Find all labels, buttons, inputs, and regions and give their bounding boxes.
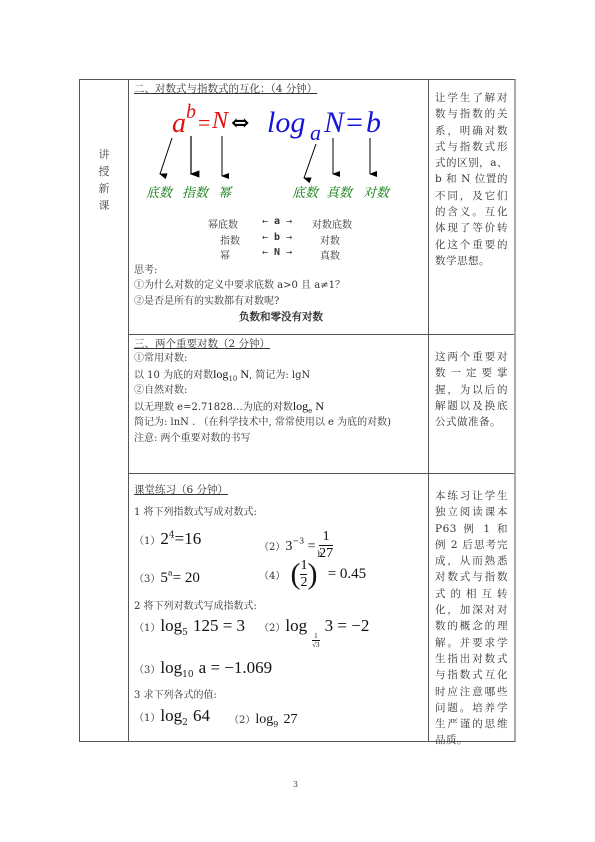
mapping-table: 幂底数 ← a → 对数底数 指数 ← b → 对数 幂 ← N → 真数 (134, 216, 428, 263)
q2-item-1: （1）log5 125 = 3 (134, 616, 245, 636)
label-logarithm: 对数 (363, 182, 389, 201)
q2-title: 2 将下列对数式写成指数式: (134, 599, 428, 615)
row-log-exp-conversion: 二、对数式与指数式的互化：（4 分钟） a b = N ⇔ log a N = … (129, 80, 514, 335)
mapping-left: 幂底数 (208, 216, 238, 231)
note-cell: 本练习让学生独立阅读课本 P63 例 1 和例 2 后思考完成，从而熟悉对数式与… (429, 474, 514, 742)
label-base: 底数 (146, 182, 172, 201)
q1-item-4: （4） ( 1 2 )b = 0.45 (259, 555, 366, 592)
think-label: 思考: (134, 263, 428, 279)
label-power: 幂 (218, 182, 231, 201)
question-1: ①为什么对数的定义中要求底数 a>0 且 a≠1？ (134, 278, 428, 294)
mapping-symbol: ← a → (262, 216, 292, 227)
stage-title: 讲 授 新 课 (92, 146, 116, 214)
row-practice: 课堂练习（6 分钟） 1 将下列指数式写成对数式: （1）24=16 （2）3−… (129, 474, 514, 742)
attention-line: 注意: 两个重要对数的书写 (134, 431, 428, 447)
page-number: 3 (293, 780, 298, 789)
q3-row: （1）log2 64 （2）log9 27 (134, 704, 428, 732)
lesson-table: 讲 授 新 课 二、对数式与指数式的互化：（4 分钟） a b = N ⇔ lo… (79, 79, 516, 742)
question-2: ②是否是所有的实数都有对数呢? (134, 294, 428, 310)
q1-row-2: （3）5a= 20 （4） ( 1 2 )b = 0.45 (134, 555, 428, 597)
mapping-symbol: ← b → (262, 232, 292, 243)
section-title: 三、两个重要对数（2 分钟） (134, 337, 428, 351)
mapping-row: 指数 ← b → 对数 (134, 232, 428, 248)
label-antilog: 真数 (326, 182, 352, 201)
q1-row-1: （1）24=16 （2）3−3 = 1 27 (134, 521, 428, 555)
common-log-line: 以 10 为底的对数log10 N, 简记为: lgN (134, 367, 428, 384)
common-log-title: ①常用对数: (134, 351, 428, 367)
stage-char: 授 (92, 163, 116, 180)
q3-item-2: （2）log9 27 (229, 708, 297, 728)
mapping-left: 指数 (220, 232, 240, 247)
q1-item-3: （3）5a= 20 (134, 567, 200, 587)
q3-title: 3 求下列各式的值: (134, 688, 428, 704)
q2-item-2: （2）log 1 √3 3 = −2 (259, 616, 369, 649)
label-exponent: 指数 (182, 182, 208, 201)
q2-row-1: （1）log5 125 = 3 （2）log 1 √3 3 = −2 (134, 614, 428, 658)
natural-log-title: ②自然对数: (134, 383, 428, 399)
answer: 负数和零没有对数 (134, 309, 428, 324)
stage-column: 讲 授 新 课 (80, 80, 129, 741)
mapping-right: 真数 (320, 247, 340, 262)
label-log-base: 底数 (292, 182, 318, 201)
mapping-symbol: ← N → (262, 247, 292, 258)
q2-item-3: （3）log10 a = −1.069 (134, 658, 272, 678)
stage-char: 新 (92, 180, 116, 197)
q3-item-1: （1）log2 64 (134, 706, 210, 726)
content-cell: 三、两个重要对数（2 分钟） ①常用对数: 以 10 为底的对数log10 N,… (129, 335, 429, 473)
mapping-row: 幂底数 ← a → 对数底数 (134, 216, 428, 232)
row-important-logs: 三、两个重要对数（2 分钟） ①常用对数: 以 10 为底的对数log10 N,… (129, 335, 514, 474)
stage-char: 课 (92, 197, 116, 214)
natural-log-short: 简记为: lnN . （在科学技术中, 常常使用以 e 为底的对数) (134, 415, 428, 431)
content-cell: 课堂练习（6 分钟） 1 将下列指数式写成对数式: （1）24=16 （2）3−… (129, 474, 429, 742)
mapping-row: 幂 ← N → 真数 (134, 247, 428, 263)
q1-item-1: （1）24=16 (134, 529, 201, 549)
content-cell: 二、对数式与指数式的互化：（4 分钟） a b = N ⇔ log a N = … (129, 80, 429, 334)
mapping-right: 对数底数 (312, 216, 352, 231)
section-title: 二、对数式与指数式的互化：（4 分钟） (134, 82, 428, 96)
note-cell: 这两个重要对数一定要掌握，为以后的解题以及换底公式做准备。 (429, 335, 514, 473)
q1-title: 1 将下列指数式写成对数式: (134, 505, 428, 521)
natural-log-line: 以无理数 e=2.71828…为底的对数loge N (134, 399, 428, 416)
q2-row-2: （3）log10 a = −1.069 (134, 658, 428, 688)
section-title: 课堂练习（6 分钟） (134, 483, 428, 497)
teaching-note: 让学生了解对数与指数的关系，明确对数式与指数式形式的区别，a、b 和 N 位置的… (435, 90, 508, 269)
teaching-note: 这两个重要对数一定要掌握，为以后的解题以及换底公式做准备。 (435, 349, 508, 430)
conversion-diagram: a b = N ⇔ log a N = b 底 (134, 96, 428, 216)
teaching-note: 本练习让学生独立阅读课本 P63 例 1 和例 2 后思考完成，从而熟悉对数式与… (435, 488, 508, 749)
note-cell: 让学生了解对数与指数的关系，明确对数式与指数式形式的区别，a、b 和 N 位置的… (429, 80, 514, 334)
mapping-left: 幂 (220, 247, 230, 262)
stage-char: 讲 (92, 146, 116, 163)
mapping-right: 对数 (320, 232, 340, 247)
